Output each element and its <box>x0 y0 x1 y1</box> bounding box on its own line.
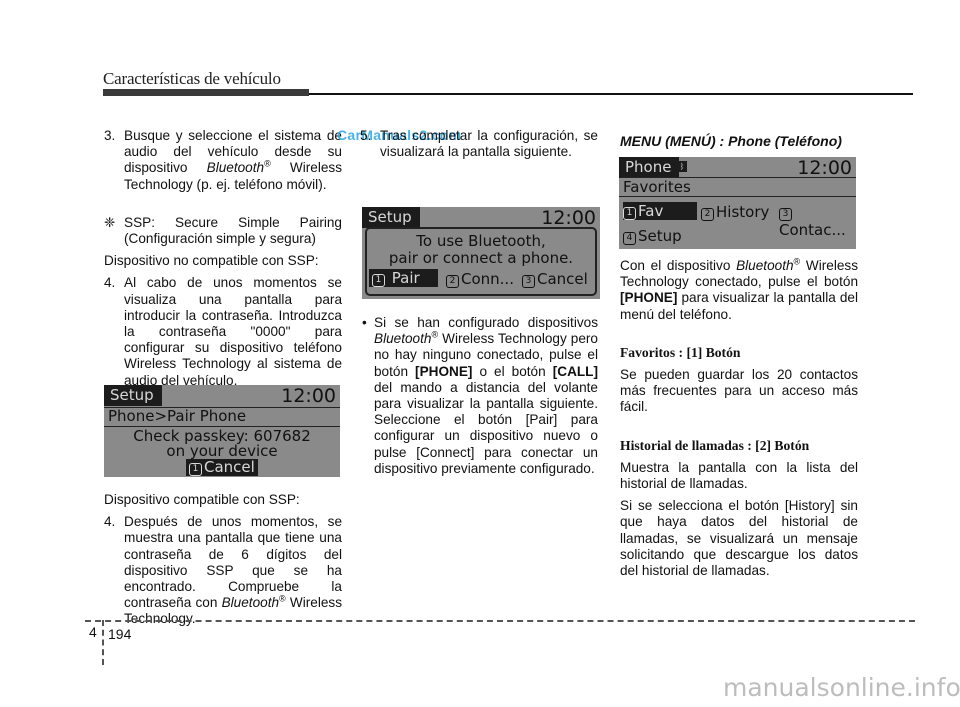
column-2-lower: • Si se han configurado dispositivos Blu… <box>360 315 598 477</box>
connect-button[interactable]: 2Conn... <box>446 270 514 288</box>
column-3-body: Con el dispositivo Bluetooth® Wireless T… <box>620 258 858 579</box>
no-compatible-label: Dispositivo no compatible con SSP: <box>104 253 342 269</box>
note-symbol-icon: ❈ <box>104 215 115 231</box>
screen-clock: 12:00 <box>541 207 596 229</box>
phone-menu-intro: Con el dispositivo Bluetooth® Wireless T… <box>620 258 858 323</box>
screen-tag: Setup <box>104 385 162 406</box>
screen-clock: 12:00 <box>281 385 336 407</box>
header-accent-bar <box>103 89 309 96</box>
step-4-ssp: 4. Después de unos momentos, se muestra … <box>104 514 342 627</box>
column-1-lower: Dispositivo compatible con SSP: 4. Despu… <box>104 492 342 628</box>
history-heading: Historial de llamadas : [2] Botón <box>620 438 858 454</box>
screen-phone-menu: Phone ᛒ 12:00 Favorites 1Fav 2History 3C… <box>619 157 856 249</box>
ssp-note: ❈ SSP: Secure Simple Pairing (Configurac… <box>104 215 342 247</box>
footer-vertical-rule <box>102 620 104 665</box>
dialog-line-1: To use Bluetooth, <box>362 232 600 250</box>
menu-item-history[interactable]: 2History <box>701 203 769 221</box>
history-text-2: Si se selecciona el botón [History] sin … <box>620 498 858 579</box>
bluetooth-icon: ᛒ <box>677 161 687 172</box>
column-3-head: MENU (MENÚ) : Phone (Teléfono) <box>620 133 858 149</box>
footer-rule <box>85 620 915 622</box>
screen-tag: Phone <box>619 157 679 178</box>
dialog-line-2: pair or connect a phone. <box>362 249 600 267</box>
column-2: 5. Tras completar la configuración, se v… <box>360 128 598 160</box>
screen-tag: Setup <box>362 207 420 228</box>
compatible-label: Dispositivo compatible con SSP: <box>104 492 342 508</box>
history-text-1: Muestra la pantalla con la lista del his… <box>620 460 858 492</box>
pair-button[interactable]: 1 Pair <box>369 269 438 287</box>
screen-clock: 12:00 <box>797 157 852 179</box>
step-3: 3. Busque y seleccione el sistema de aud… <box>104 128 342 193</box>
column-1: 3. Busque y seleccione el sistema de aud… <box>104 128 342 389</box>
chapter-number: 4 <box>89 624 97 640</box>
divider <box>619 196 856 197</box>
menu-item-contacts[interactable]: 3Contac... <box>779 203 856 239</box>
screen-breadcrumb: Phone>Pair Phone <box>108 407 246 425</box>
screen-use-bluetooth: Setup 12:00 To use Bluetooth, pair or co… <box>362 207 600 299</box>
screen-pair-passkey: Setup 12:00 Phone>Pair Phone Check passk… <box>104 385 340 477</box>
watermark-manualsonline: manualsonline.info <box>723 673 960 702</box>
step-5: 5. Tras completar la configuración, se v… <box>360 128 598 160</box>
menu-heading: MENU (MENÚ) : Phone (Teléfono) <box>620 133 858 149</box>
page-number: 194 <box>108 626 131 642</box>
section-label: Favorites <box>623 178 691 196</box>
favorites-text: Se pueden guardar los 20 contactos más f… <box>620 367 858 416</box>
cancel-button[interactable]: 1Cancel <box>186 459 258 476</box>
header-rule <box>309 93 913 95</box>
chapter-title: Características de vehículo <box>103 69 281 89</box>
step-4-non-ssp: 4. Al cabo de unos momentos se visualiza… <box>104 275 342 388</box>
bullet-no-connected: • Si se han configurado dispositivos Blu… <box>360 315 598 477</box>
cancel-button[interactable]: 3Cancel <box>522 270 588 288</box>
menu-item-setup[interactable]: 4Setup <box>623 227 682 245</box>
menu-item-fav[interactable]: 1Fav <box>623 202 697 220</box>
favorites-heading: Favoritos : [1] Botón <box>620 345 858 361</box>
